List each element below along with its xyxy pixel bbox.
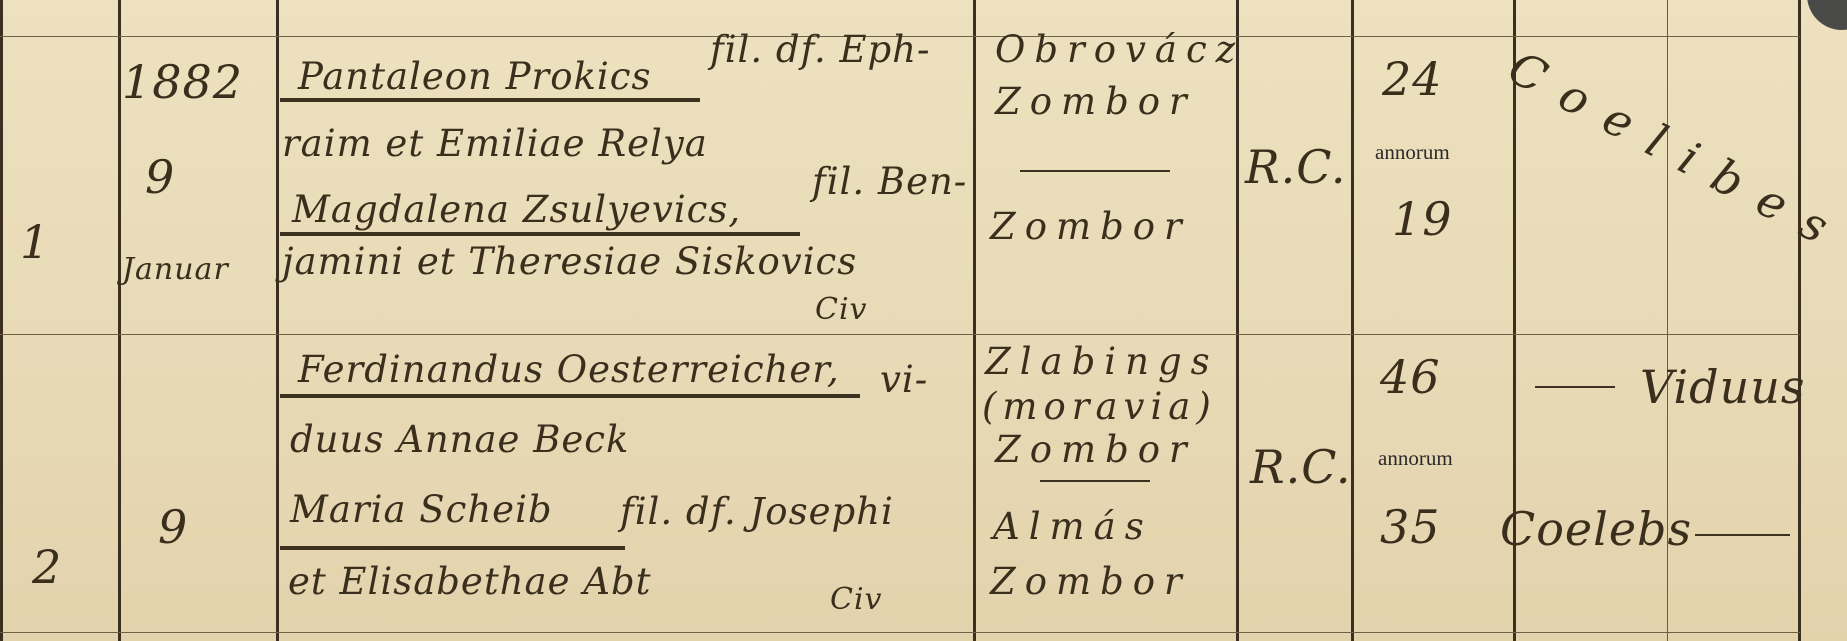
bride-name: Maria Scheib (290, 488, 553, 531)
groom-name: Pantaleon Prokics (298, 55, 651, 98)
entry-day: 9 (145, 150, 175, 204)
bride-place: Almás (993, 505, 1153, 548)
groom-residence: Zombor (995, 428, 1196, 471)
bride-parents-line2: et Elisabethae Abt (288, 560, 652, 603)
religion: R.C. (1245, 140, 1346, 194)
groom-parents-line2: raim et Emiliae Relya (282, 122, 708, 165)
bride-marital-status: Coelebs (1500, 502, 1692, 556)
religion: R.C. (1250, 440, 1351, 494)
groom-place-region: (moravia) (982, 385, 1217, 428)
groom-parents-line1: vi- (880, 358, 928, 401)
bride-name: Magdalena Zsulyevics, (292, 188, 741, 231)
column-rule (973, 0, 976, 641)
bride-parents-line1: fil. Ben- (812, 160, 967, 203)
column-rule (1351, 0, 1354, 641)
place-divider (1020, 170, 1170, 172)
corner-overlay (1807, 0, 1847, 30)
column-rule (1236, 0, 1239, 641)
groom-marital-status: Viduus (1640, 360, 1805, 414)
entry-month: Januar (122, 252, 229, 287)
entry-number: 1 (20, 215, 50, 269)
entry-day: 9 (158, 500, 188, 554)
groom-parents-line1: fil. df. Eph- (710, 28, 931, 71)
bride-parents-line1: fil. df. Josephi (620, 490, 894, 533)
civil-note: Civ (815, 292, 868, 327)
bride-underline (280, 546, 625, 550)
age-label: annorum (1378, 446, 1453, 471)
groom-parents-line2: duus Annae Beck (290, 418, 629, 461)
entry-number: 2 (32, 540, 62, 594)
bride-parents-line2: jamini et Theresiae Siskovics (282, 240, 857, 283)
place-divider (1040, 480, 1150, 482)
status-dash (1695, 534, 1790, 536)
bride-place: Zombor (990, 205, 1191, 248)
column-rule (118, 0, 121, 641)
bride-age: 35 (1380, 500, 1441, 554)
column-rule (0, 0, 3, 641)
register-page: 1 1882 9 Januar Pantaleon Prokics fil. d… (0, 0, 1847, 641)
column-rule (1798, 0, 1801, 641)
bride-age: 19 (1392, 192, 1453, 246)
row-rule (0, 334, 1800, 335)
column-rule (276, 0, 279, 641)
age-label: annorum (1375, 140, 1450, 165)
entry-year: 1882 (122, 55, 243, 109)
groom-place: Obrovácz (995, 28, 1244, 71)
status-dash (1535, 386, 1615, 388)
groom-place: Zlabings (985, 340, 1219, 383)
bride-residence: Zombor (990, 560, 1191, 603)
groom-age: 24 (1382, 52, 1443, 106)
bride-underline (280, 232, 800, 236)
civil-note: Civ (830, 582, 883, 617)
groom-underline (280, 98, 700, 102)
row-rule (0, 632, 1800, 633)
groom-age: 46 (1380, 350, 1441, 404)
groom-name: Ferdinandus Oesterreicher, (298, 348, 840, 391)
groom-residence: Zombor (995, 80, 1196, 123)
groom-underline (280, 394, 860, 398)
marital-status: Coelibes (1500, 40, 1847, 264)
